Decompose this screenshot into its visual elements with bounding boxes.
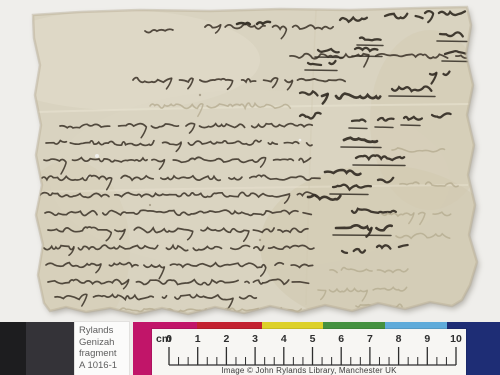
shelfmark-line: fragment	[79, 348, 129, 360]
ink-speck	[199, 94, 201, 96]
parchment-hole	[95, 154, 99, 158]
parchment-hole	[299, 139, 302, 142]
ruler-number: 1	[195, 333, 201, 345]
ruler-number: 9	[424, 333, 430, 345]
shelfmark-line: Rylands	[79, 325, 129, 337]
parchment-dark-blotch	[10, 160, 130, 340]
ruler-number: 5	[310, 333, 316, 345]
ruler-number: 0	[166, 333, 172, 345]
ink-speck	[149, 204, 151, 206]
copyright-credit: Image © John Rylands Library, Manchester…	[152, 366, 466, 375]
ruler-number: 10	[450, 333, 462, 345]
ink-speck	[259, 239, 261, 241]
shelfmark-line: A 1016-1	[79, 360, 129, 372]
ruler-number: 3	[252, 333, 258, 345]
shelfmark-line: Genizah	[79, 337, 129, 349]
ruler-number: 6	[338, 333, 344, 345]
ruler-number: 4	[281, 333, 287, 345]
color-patch-black-right	[26, 322, 74, 375]
manuscript-fragment	[0, 0, 500, 375]
ruler-number: 7	[367, 333, 373, 345]
color-patch-black-left	[0, 322, 26, 375]
ruler-number: 8	[396, 333, 402, 345]
ruler-number: 2	[223, 333, 229, 345]
shelfmark-label: Rylands Genizah fragment A 1016-1	[75, 322, 129, 375]
photo-stage: Rylands Genizah fragment A 1016-1 cm 012…	[0, 0, 500, 375]
scale-ruler: cm 012345678910 Image © John Rylands Lib…	[152, 329, 466, 375]
